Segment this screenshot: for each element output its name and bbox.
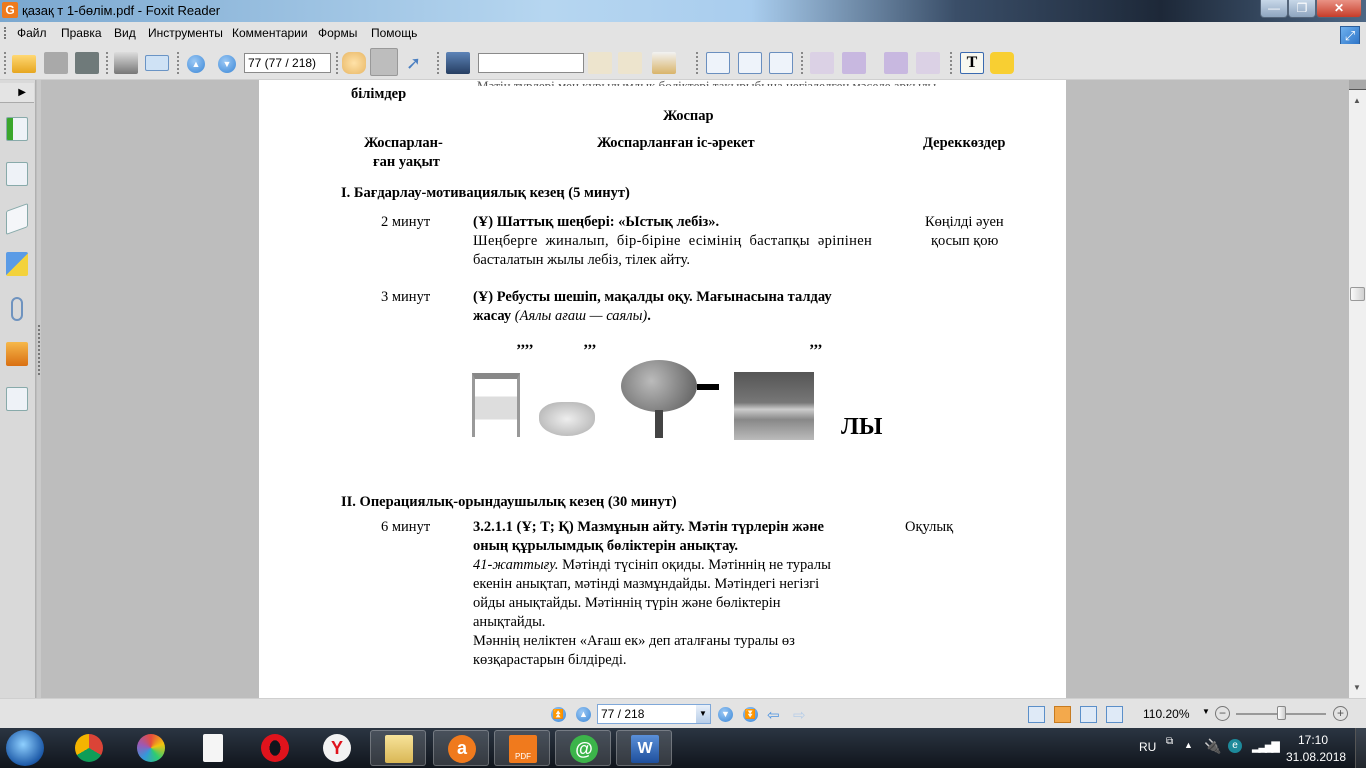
row3-text: көзқарастарын білдіреді. (473, 652, 627, 669)
pdf-create-icon[interactable] (884, 52, 908, 74)
row3-text: Мәтінді түсініп оқиды. Мәтіннің не турал… (558, 557, 830, 573)
zoom-in-icon[interactable]: + (1333, 706, 1348, 721)
expand-panel-button[interactable]: ▶ (0, 83, 34, 103)
menu-grip[interactable] (4, 27, 6, 39)
signal-icon[interactable]: ▂▃▅▇ (1252, 740, 1278, 753)
toolbar-separator (106, 52, 108, 74)
taskbar-opera[interactable] (247, 730, 303, 766)
opera-icon (261, 734, 289, 762)
browser-icon (137, 734, 165, 762)
facing-view-icon[interactable] (1080, 706, 1097, 723)
hand-tool-icon[interactable] (342, 52, 366, 74)
row3-title: оның құрылымдық бөліктерін анықтау. (473, 538, 738, 555)
toolbar-separator (801, 52, 803, 74)
last-page-icon[interactable]: ⏬ (743, 707, 758, 722)
print-icon[interactable] (114, 52, 138, 74)
first-page-icon[interactable]: ⏫ (551, 707, 566, 722)
pdf-combine-icon[interactable] (916, 52, 940, 74)
header-activity: Жоспарланған іс-әрекет (597, 135, 755, 152)
save-icon[interactable] (44, 52, 68, 74)
pdf-page: Мәтін түрлері мен құрылымдық бөліктері т… (259, 80, 1066, 698)
rebus-suffix: ЛЫ (841, 414, 882, 441)
row3-text: Мәннің неліктен «Ағаш ек» деп аталғаны т… (473, 633, 795, 650)
park-image (734, 372, 814, 440)
row2-title: жасау (473, 308, 511, 324)
single-page-view-icon[interactable] (1028, 706, 1045, 723)
taskbar: Y a PDF @ W RU ⧉ ▲ 🔌 e ▂▃▅▇ 17:10 31.08.… (0, 728, 1366, 768)
find-prev-icon[interactable] (588, 52, 612, 74)
status-bar: ⏫ ▲ 77 / 218 ▼ ▼ ⏬ ⇦ ⇨ 110.20% ▼ − + (0, 698, 1366, 728)
page-number-field[interactable]: 77 (77 / 218) (244, 53, 331, 73)
taskbar-foxit[interactable]: PDF (494, 730, 550, 766)
layers-icon[interactable] (6, 203, 28, 235)
network-switch-icon[interactable]: ⧉ (1166, 736, 1173, 747)
menu-tools[interactable]: Инструменты (148, 26, 223, 40)
foxit-pdf-icon: PDF (509, 735, 537, 763)
fit-page-icon[interactable] (738, 52, 762, 74)
open-icon[interactable] (12, 55, 36, 73)
file-explorer-icon (385, 735, 413, 763)
section-heading-2: ІІ. Операциялық-орындаушылық кезең (30 м… (341, 494, 677, 511)
cut-off-label: білімдер (351, 86, 406, 103)
header-sources: Дереккөздер (923, 135, 1005, 152)
next-page-icon[interactable]: ▼ (218, 55, 236, 73)
next-page-icon[interactable]: ▼ (718, 707, 733, 722)
tree-trunk (655, 410, 663, 438)
zoom-out-icon[interactable]: − (1215, 706, 1230, 721)
row1-text: басталатын жылы лебіз, тілек айту. (473, 252, 690, 269)
email-icon[interactable] (145, 55, 169, 71)
tableware-image (539, 402, 595, 436)
bus-stop-image (472, 373, 520, 437)
header-time-1: Жоспарлан- (364, 135, 443, 152)
close-button[interactable]: ✕ (1316, 0, 1362, 18)
taskbar-yandex[interactable]: Y (309, 730, 365, 766)
navigation-panel: ▶ (0, 80, 36, 698)
taskbar-document-app[interactable] (185, 730, 241, 766)
taskbar-mail-agent[interactable]: @ (555, 730, 611, 766)
attachments-icon[interactable] (11, 297, 23, 321)
select-text-icon[interactable] (370, 48, 398, 76)
row1-source: Көңілді әуен (925, 214, 1004, 231)
find-next-icon[interactable] (618, 52, 642, 74)
chrome-icon (75, 734, 103, 762)
window-title: қазақ т 1-бөлім.pdf - Foxit Reader (22, 3, 220, 18)
comments-icon[interactable] (6, 252, 28, 276)
actual-size-icon[interactable] (706, 52, 730, 74)
power-icon[interactable]: 🔌 (1204, 738, 1221, 755)
period: . (647, 308, 651, 324)
taskbar-chrome[interactable] (61, 730, 117, 766)
row3-time: 6 минут (381, 519, 430, 536)
note-icon[interactable] (990, 52, 1014, 74)
section-heading-1: І. Бағдарлау-мотивациялық кезең (5 минут… (341, 185, 630, 202)
pdf-from-file-icon[interactable] (810, 52, 834, 74)
toolbar-separator (336, 52, 338, 74)
title-bar: G қазақ т 1-бөлім.pdf - Foxit Reader (0, 0, 1366, 22)
exercise-label: 41-жаттығу. (473, 557, 558, 573)
show-hidden-icons[interactable]: ▲ (1184, 740, 1193, 750)
menu-comments[interactable]: Комментарии (232, 26, 308, 40)
scroll-thumb[interactable] (1350, 287, 1365, 301)
toolbar-separator (437, 52, 439, 74)
typewriter-icon[interactable]: T (960, 52, 984, 74)
zoom-dropdown-icon[interactable]: ▼ (1202, 707, 1210, 716)
row3-text: анықтайды. (473, 614, 545, 631)
menu-view[interactable]: Вид (114, 26, 136, 40)
row3-source: Оқулық (905, 519, 953, 536)
word-icon: W (631, 735, 659, 763)
row2-title: (Ұ) Ребусты шешіп, мақалды оқу. Мағынасы… (473, 289, 832, 306)
go-back-icon[interactable]: ⇦ (767, 706, 780, 724)
go-forward-icon[interactable]: ⇨ (793, 706, 806, 724)
row1-source: қосып қою (931, 233, 998, 250)
menu-forms[interactable]: Формы (318, 26, 357, 40)
maximize-button[interactable]: ❐ (1288, 0, 1316, 18)
row1-time: 2 минут (381, 214, 430, 231)
tree-image (621, 360, 697, 412)
fit-width-icon[interactable] (769, 52, 793, 74)
language-indicator[interactable]: RU (1139, 740, 1156, 754)
row1-text: Шеңберге жиналып, бір-біріне есімінің ба… (473, 233, 872, 250)
clock-time[interactable]: 17:10 (1298, 733, 1328, 747)
clock-date[interactable]: 31.08.2018 (1286, 750, 1346, 764)
pages-icon[interactable] (6, 162, 28, 186)
fullscreen-icon[interactable]: ⤢ (1340, 26, 1360, 46)
select-annotation-icon[interactable]: ➚ (406, 52, 430, 74)
page-selector[interactable]: 77 / 218 ▼ (597, 704, 711, 724)
rebus-commas: ’’’ (809, 342, 823, 360)
zoom-slider-thumb[interactable] (1277, 706, 1286, 720)
row3-title: 3.2.1.1 (Ұ; Т; Қ) Мазмұнын айту. Мәтін т… (473, 519, 824, 536)
taskbar-browser[interactable] (123, 730, 179, 766)
find-input[interactable] (478, 53, 584, 73)
toolbar-grip[interactable] (4, 52, 6, 74)
row2-hint: (Аялы ағаш — саялы) (515, 308, 647, 324)
page-selector-value: 77 / 218 (601, 707, 644, 721)
chevron-down-icon[interactable]: ▼ (696, 705, 710, 723)
eset-icon[interactable]: e (1228, 739, 1242, 753)
minimize-button[interactable]: — (1260, 0, 1288, 18)
vertical-scrollbar[interactable]: ▲ ▼ (1349, 80, 1366, 698)
taskbar-file-explorer[interactable] (370, 730, 426, 766)
toolbar-separator (177, 52, 179, 74)
show-desktop-button[interactable] (1355, 728, 1366, 768)
windows-start-button[interactable] (6, 730, 44, 766)
continuous-facing-view-icon[interactable] (1106, 706, 1123, 723)
search-options-icon[interactable] (652, 52, 676, 74)
taskbar-avast[interactable]: a (433, 730, 489, 766)
scroll-down-arrow[interactable]: ▼ (1353, 683, 1361, 692)
row3-text: екенін анықтап, мәтінді мазмұндайды. Мәт… (473, 576, 819, 593)
prev-page-icon[interactable]: ▲ (187, 55, 205, 73)
scroll-up-arrow[interactable]: ▲ (1353, 96, 1361, 105)
menu-bar: Файл Правка Вид Инструменты Комментарии … (0, 22, 1366, 44)
mail-agent-icon: @ (570, 735, 598, 763)
menu-help[interactable]: Помощь (371, 26, 417, 40)
previous-page-icon[interactable]: ▲ (576, 707, 591, 722)
toolbar-separator (696, 52, 698, 74)
zoom-level[interactable]: 110.20% (1143, 707, 1189, 721)
taskbar-word[interactable]: W (616, 730, 672, 766)
rebus-commas: ’’’’ (516, 342, 534, 360)
foxit-icon[interactable]: G (2, 2, 18, 18)
rebus-commas: ’’’ (583, 342, 597, 360)
document-viewer: Мәтін түрлері мен құрылымдық бөліктері т… (41, 80, 1349, 698)
yandex-icon: Y (323, 734, 351, 762)
row1-title: (Ұ) Шаттық шеңбері: «Ыстық лебіз». (473, 214, 719, 231)
toolbar-separator (950, 52, 952, 74)
menu-file[interactable]: Файл (17, 26, 47, 40)
row3-text: ойды анықтайды. Мәтіннің түрін және бөлі… (473, 595, 781, 612)
avast-icon: a (448, 735, 476, 763)
rebus-dash (697, 384, 719, 390)
row2-time: 3 минут (381, 289, 430, 306)
continuous-view-icon[interactable] (1054, 706, 1071, 723)
save-as-icon[interactable] (75, 52, 99, 74)
security-icon[interactable] (6, 342, 28, 366)
document-app-icon (203, 734, 223, 762)
header-time-2: ған уақыт (373, 154, 440, 171)
toolbar: ▲ ▼ 77 (77 / 218) ➚ T (0, 44, 1366, 80)
find-icon[interactable] (446, 52, 470, 74)
menu-edit[interactable]: Правка (61, 26, 102, 40)
pdf-print-icon[interactable] (842, 52, 866, 74)
signatures-icon[interactable] (6, 387, 28, 411)
cut-off-line: Мәтін түрлері мен құрылымдық бөліктері т… (477, 80, 1022, 86)
plan-heading: Жоспар (663, 108, 714, 125)
split-view-handle[interactable] (1349, 80, 1366, 90)
bookmarks-icon[interactable] (6, 117, 28, 141)
